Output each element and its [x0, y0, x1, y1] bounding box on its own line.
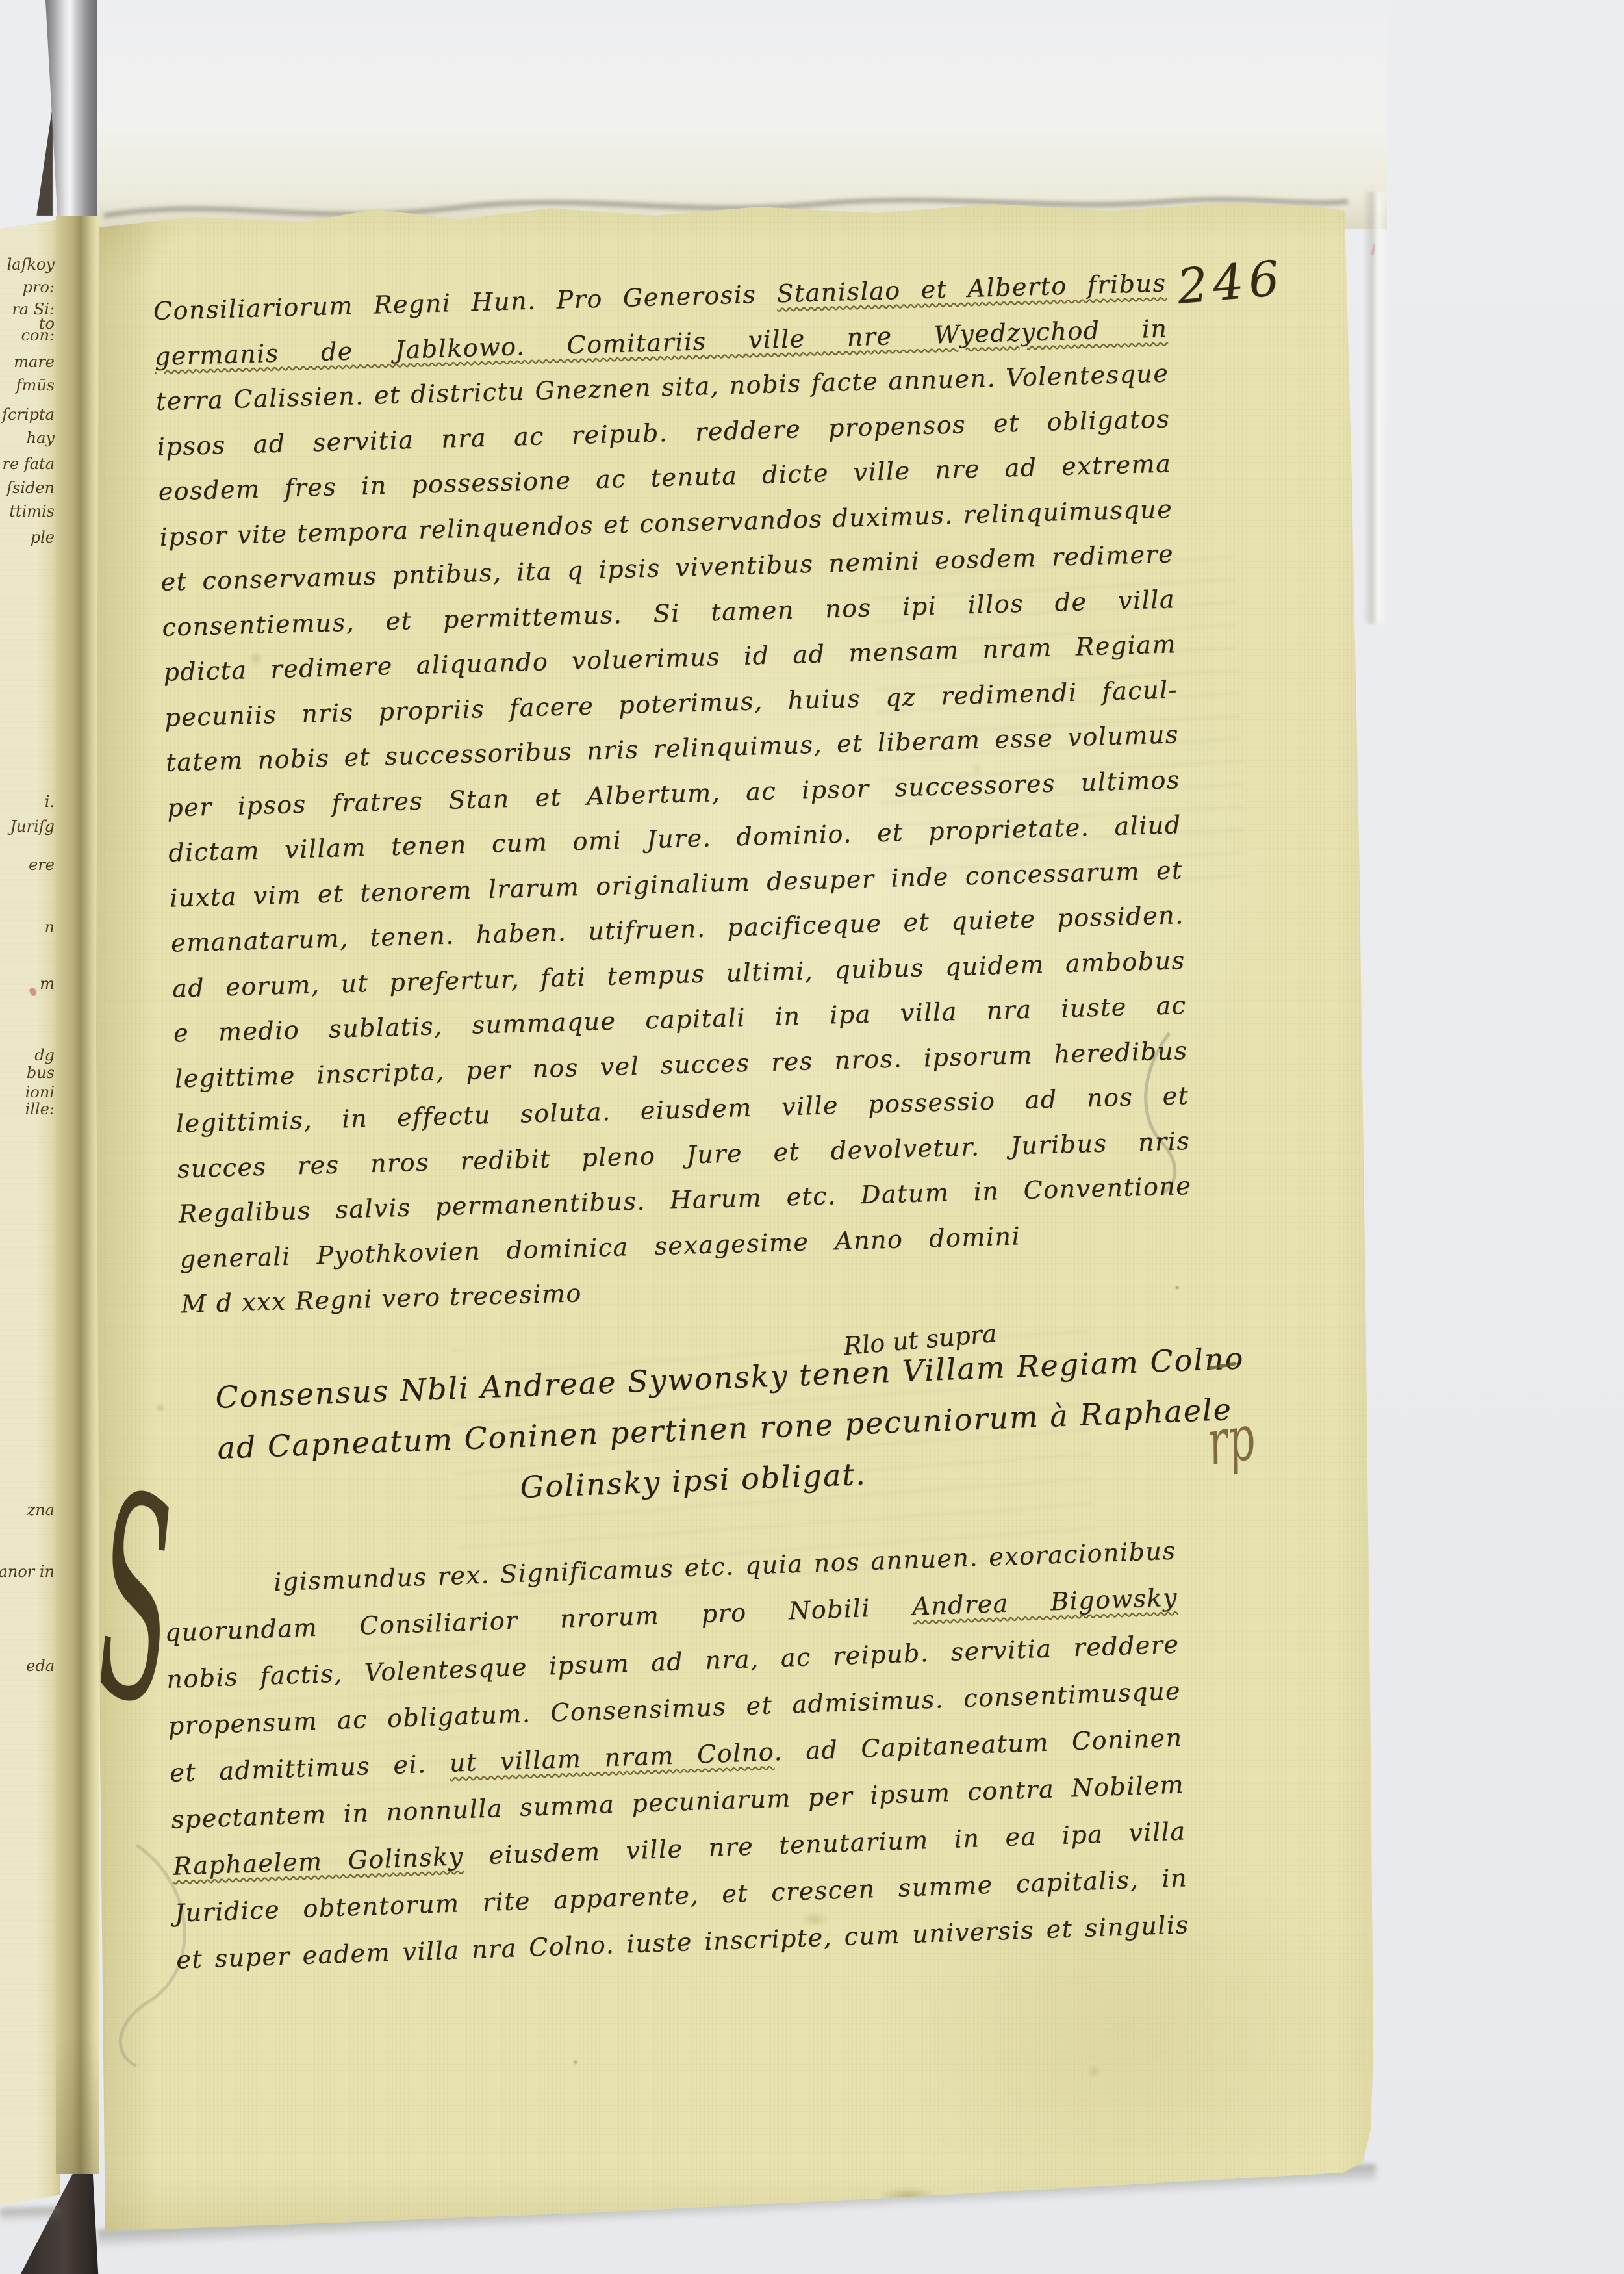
- initial-letter: S: [97, 1483, 173, 1720]
- facing-page-fragments: laſkoypro:ra Si:tocon:marefmūsſcriptahay…: [0, 0, 58, 2274]
- fragment-text: ple: [31, 528, 55, 546]
- fragment-text: eda: [26, 1657, 55, 1675]
- fragment-text: anor in: [0, 1563, 55, 1581]
- paragraph-1: Consiliariorum Regni Hun. Pro Generosis …: [153, 261, 1195, 1327]
- fragment-text: con:: [21, 326, 55, 344]
- fragment-text: ille:: [25, 1100, 55, 1118]
- fragment-text: ſcripta: [2, 405, 55, 424]
- fragment-text: ſsiden: [6, 479, 55, 497]
- page-number: 246: [1175, 250, 1287, 315]
- manuscript-scan: 246 Consiliariorum Regni Hun. Pro Genero…: [0, 0, 1624, 2274]
- fragment-text: m: [40, 975, 55, 993]
- margin-flourish-mark: rp: [1203, 1402, 1259, 1480]
- paragraph-2: igismundus rex. Significamus etc. quia n…: [162, 1527, 1190, 1984]
- fragment-text: zna: [27, 1501, 55, 1519]
- fragment-text: fmūs: [16, 376, 55, 394]
- fragment-text: Juriſg: [10, 817, 55, 836]
- fragment-text: ttimis: [9, 502, 55, 520]
- fragment-text: dg: [34, 1046, 55, 1064]
- fragment-text: mare: [14, 353, 55, 371]
- fragment-text: re fata: [3, 455, 55, 473]
- fragment-text: hay: [27, 429, 55, 447]
- fragment-text: n: [45, 918, 55, 936]
- fragment-text: ere: [29, 856, 55, 874]
- fragment-text: bus: [27, 1064, 55, 1082]
- fragment-text: ioni: [25, 1083, 55, 1101]
- fragment-text: i.: [45, 793, 55, 811]
- fragment-text: laſkoy: [7, 255, 55, 274]
- fragment-text: pro:: [23, 278, 55, 296]
